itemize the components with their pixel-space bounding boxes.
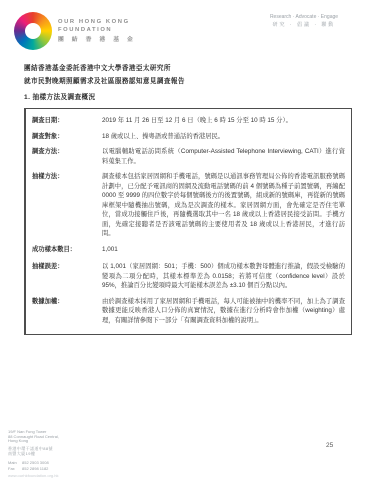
footer-website: www.ourhkfoundation.org.hk	[8, 473, 58, 478]
row-content: 18 歲或以上、操粵語或普通話的香港居民。	[102, 132, 345, 142]
row-label: 抽樣誤差：	[32, 262, 102, 291]
row-content: 調查樣本包括家居固網和手機電話，號碼是以通訊事務管理局公佈的香港電訊服務號碼計劃…	[102, 172, 345, 239]
report-page: OUR HONG KONG FOUNDATION 團 結 香 港 基 金 Res…	[0, 0, 370, 480]
table-row-sampling-method: 抽樣方法： 調查樣本包括家居固網和手機電話，號碼是以通訊事務管理局公佈的香港電訊…	[32, 172, 345, 239]
document-title-line1: 團結香港基金委託香港中文大學香港亞太研究所	[24, 62, 171, 72]
row-label: 抽樣方法：	[32, 172, 102, 239]
row-label: 調查日期：	[32, 116, 102, 126]
logo-name-line2: FOUNDATION	[58, 27, 112, 35]
logo-hole	[25, 23, 41, 39]
section-heading: 1. 抽樣方法及調查概況	[24, 91, 95, 101]
row-content: 以 1,001（家居固網：501；手機：500）個成功樣本數對母體進行推論，假設…	[102, 262, 345, 291]
row-label: 數據加權：	[32, 297, 102, 326]
tagline-english: Research · Advocate · Engage	[248, 14, 360, 20]
document-title-line2: 就市民對晚期照顧需求及社區服務認知意見調查報告	[24, 75, 185, 85]
logo-name-line3: 團 結 香 港 基 金	[58, 36, 136, 44]
tagline-chinese: 研究 · 倡議 · 聯動	[248, 21, 360, 28]
survey-methodology-table: 調查日期： 2019 年 11 月 26 日至 12 月 6 日（晚上 6 時 …	[24, 108, 352, 335]
row-label: 成功樣本數目：	[32, 245, 102, 255]
address-line: 南豐大廈19樓	[8, 451, 53, 456]
contact-fax: Fax 852 2898 1182	[8, 466, 49, 472]
logo-name-line1: OUR HONG KONG	[58, 19, 130, 27]
footer-contacts: Main 852 2503 3008 Fax 852 2898 1182	[8, 460, 49, 472]
table-row-method: 調查方法： 以電腦輔助電話訪問系統（Computer-Assisted Tele…	[32, 147, 345, 166]
foundation-logo-icon	[14, 12, 52, 50]
row-content: 由於調查樣本採用了家居固網和手機電話，每人可能被抽中的機率不同，加上為了調查數據…	[102, 297, 345, 326]
page-number: 25	[326, 442, 333, 449]
table-row-sampling-error: 抽樣誤差： 以 1,001（家居固網：501；手機：500）個成功樣本數對母體進…	[32, 262, 345, 291]
contact-value: 852 2898 1182	[22, 466, 48, 472]
table-row-weighting: 數據加權： 由於調查樣本採用了家居固網和手機電話，每人可能被抽中的機率不同，加上…	[32, 297, 345, 326]
row-label: 調查對象：	[32, 132, 102, 142]
row-content: 2019 年 11 月 26 日至 12 月 6 日（晚上 6 時 15 分至 …	[102, 116, 345, 126]
table-row-target: 調查對象： 18 歲或以上、操粵語或普通話的香港居民。	[32, 132, 345, 142]
row-label: 調查方法：	[32, 147, 102, 166]
table-row-survey-date: 調查日期： 2019 年 11 月 26 日至 12 月 6 日（晚上 6 時 …	[32, 116, 345, 126]
address-line: Hong Kong	[8, 439, 59, 444]
table-row-sample-size: 成功樣本數目： 1,001	[32, 245, 345, 255]
row-content: 以電腦輔助電話訪問系統（Computer-Assisted Telephone …	[102, 147, 345, 166]
contact-label: Fax	[8, 466, 22, 472]
footer-address-chinese: 香港中環干諾道中88號 南豐大廈19樓	[8, 446, 53, 456]
footer-address-english: 19/F Nan Fung Tower 88 Connaught Road Ce…	[8, 430, 59, 444]
row-content: 1,001	[102, 245, 345, 255]
